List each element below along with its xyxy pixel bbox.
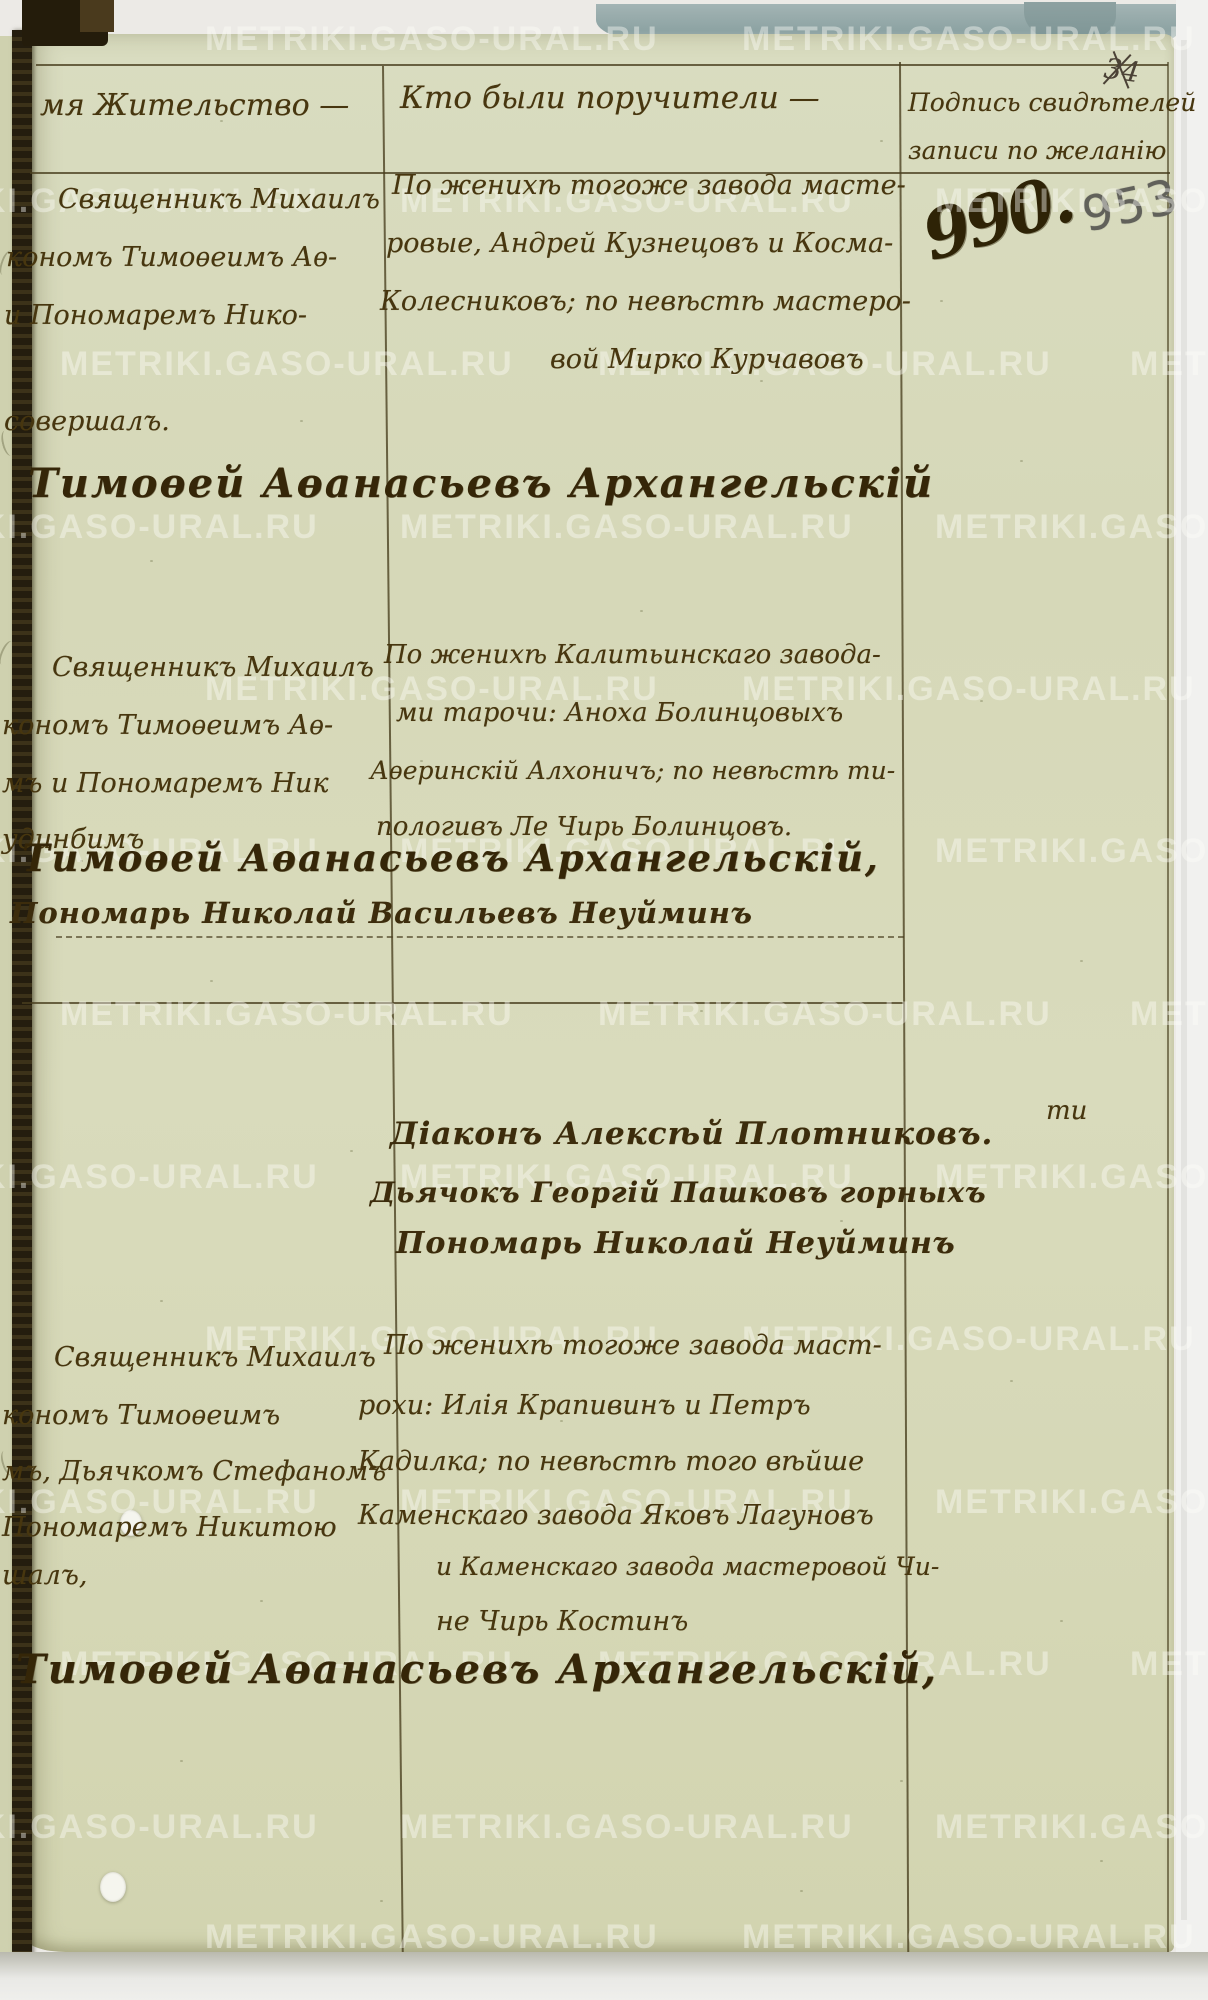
- scan-right-streak: [1181, 40, 1187, 1920]
- handwritten-line: Тимоѳей Аѳанасьевъ Архангельскій: [28, 460, 934, 507]
- handwritten-line: Кадилка; по невѣстѣ того вѣйше: [358, 1446, 864, 1477]
- watermark-text: METRIKI.GASO-URAL.RU: [1130, 995, 1208, 1034]
- handwritten-line: Тимоѳей Аѳанасьевъ Архангельскій,: [16, 1646, 938, 1693]
- watermark-text: METRIKI.GASO-URAL.RU: [0, 1808, 319, 1847]
- handwritten-line: Колесниковъ; по невѣстѣ мастеро-: [380, 286, 911, 317]
- watermark-text: METRIKI.GASO-URAL.RU: [935, 1483, 1208, 1522]
- table-rule-top: [36, 64, 1168, 66]
- handwritten-line: рохи: Илiя Крапивинъ и Петръ: [358, 1390, 811, 1421]
- handwritten-line: Пономаремъ Никитою: [2, 1512, 337, 1543]
- handwritten-line: ровые, Андрей Кузнецовъ и Косма-: [386, 228, 893, 259]
- watermark-text: METRIKI.GASO-URAL.RU: [742, 20, 1196, 59]
- handwritten-line: шалъ,: [2, 1560, 87, 1591]
- paper-speck: [1020, 460, 1023, 462]
- paper-speck: [800, 1890, 803, 1892]
- watermark-text: METRIKI.GASO-URAL.RU: [60, 345, 514, 384]
- watermark-text: METRIKI.GASO-URAL.RU: [0, 508, 319, 547]
- binding-clamp-tab: [80, 0, 114, 32]
- scanned-register-page: мя Жительство — Кто были поручители — По…: [0, 0, 1208, 2000]
- handwritten-line: кономъ Тимоѳеимъ: [2, 1400, 280, 1431]
- watermark-text: METRIKI.GASO-URAL.RU: [400, 508, 854, 547]
- paper-speck: [210, 980, 213, 982]
- scan-bottom-margin: [0, 1952, 1208, 2000]
- paper-speck: [940, 300, 943, 302]
- record-separator-dashed: [56, 936, 904, 938]
- handwritten-line: и Пономаремъ Нико-: [4, 300, 307, 331]
- paper-speck: [180, 1760, 183, 1762]
- watermark-text: METRIKI.GASO-URAL.RU: [1130, 345, 1208, 384]
- paper-speck: [1100, 1860, 1103, 1862]
- handwritten-line: Дьячокъ Георгій Пашковъ горныхъ: [370, 1176, 987, 1209]
- paper-speck: [900, 1780, 903, 1782]
- handwritten-line: кономъ Тимоѳеимъ Аѳ-: [6, 242, 337, 273]
- punch-hole: [100, 1872, 126, 1902]
- handwritten-line: По женихѣ Калитьинскаго завода-: [384, 640, 881, 670]
- watermark-text: METRIKI.GASO-URAL.RU: [0, 1158, 319, 1197]
- paper-speck: [880, 140, 883, 142]
- paper-speck: [300, 420, 303, 422]
- paper-speck: [160, 1300, 163, 1302]
- handwritten-line: вой Мирко Курчавовъ: [550, 344, 864, 375]
- paper-speck: [380, 1900, 383, 1902]
- handwritten-line: Тимоѳей Аѳанасьевъ Архангельскій,: [22, 836, 880, 880]
- watermark-text: METRIKI.GASO-URAL.RU: [1130, 1645, 1208, 1684]
- handwritten-line: ми тарочи: Аноха Болинцовыхъ: [396, 698, 843, 728]
- handwritten-line: мъ и Пономаремъ Ник: [2, 768, 329, 799]
- watermark-text: METRIKI.GASO-URAL.RU: [935, 508, 1208, 547]
- watermark-text: METRIKI.GASO-URAL.RU: [400, 1808, 854, 1847]
- handwritten-line: Священникъ Михаилъ: [54, 1342, 376, 1373]
- watermark-text: METRIKI.GASO-URAL.RU: [935, 182, 1208, 221]
- paper-speck: [640, 610, 643, 612]
- handwritten-line: ти: [1046, 1096, 1087, 1126]
- watermark-text: METRIKI.GASO-URAL.RU: [935, 832, 1208, 871]
- watermark-text: METRIKI.GASO-URAL.RU: [205, 20, 659, 59]
- paper-speck: [350, 1150, 353, 1152]
- handwritten-line: Пономарь Николай Васильевъ Неуйминъ: [10, 896, 753, 930]
- binding-clamp: [22, 0, 108, 46]
- header-col-witness-signature-line2: записи по желанію: [908, 136, 1166, 165]
- watermark-text: METRIKI.GASO-URAL.RU: [598, 995, 1052, 1034]
- handwritten-line: Аѳеринскій Алхоничъ; по невѣстѣ ти-: [370, 756, 895, 785]
- watermark-text: METRIKI.GASO-URAL.RU: [60, 995, 514, 1034]
- handwritten-line: и Каменскаго завода мастеровой Чи-: [436, 1552, 939, 1581]
- handwritten-line: Пономарь Николай Неуйминъ: [396, 1226, 956, 1261]
- handwritten-line: Каменскаго завода Яковъ Лагуновъ: [358, 1500, 874, 1531]
- paper-speck: [840, 1220, 843, 1222]
- handwritten-line: мъ, Дьячкомъ Стефаномъ: [2, 1456, 386, 1487]
- handwritten-line: По женихѣ тогоже завода масте-: [392, 170, 906, 201]
- handwritten-line: совершалъ.: [4, 406, 170, 437]
- paper-speck: [260, 1600, 263, 1602]
- paper-speck: [1080, 960, 1083, 962]
- header-col-residence: мя Жительство —: [40, 88, 349, 123]
- watermark-text: METRIKI.GASO-URAL.RU: [935, 1808, 1208, 1847]
- handwritten-line: кономъ Тимоѳеимъ Аѳ-: [2, 710, 333, 741]
- handwritten-line: Дiаконъ Алексѣй Плотниковъ.: [390, 1116, 993, 1152]
- paper-speck: [1060, 1620, 1063, 1622]
- handwritten-line: не Чирь Костинъ: [436, 1606, 688, 1637]
- header-col-witness-signature-line1: Подпись свидѣтелей: [908, 88, 1196, 117]
- paper-speck: [150, 560, 153, 562]
- handwritten-line: Священникъ Михаилъ: [52, 652, 374, 683]
- handwritten-line: Священникъ Михаилъ: [58, 184, 380, 215]
- paper-speck: [1010, 1380, 1013, 1382]
- handwritten-line: По женихѣ тогоже завода маст-: [384, 1330, 882, 1361]
- header-col-guarantors: Кто были поручители —: [400, 80, 820, 116]
